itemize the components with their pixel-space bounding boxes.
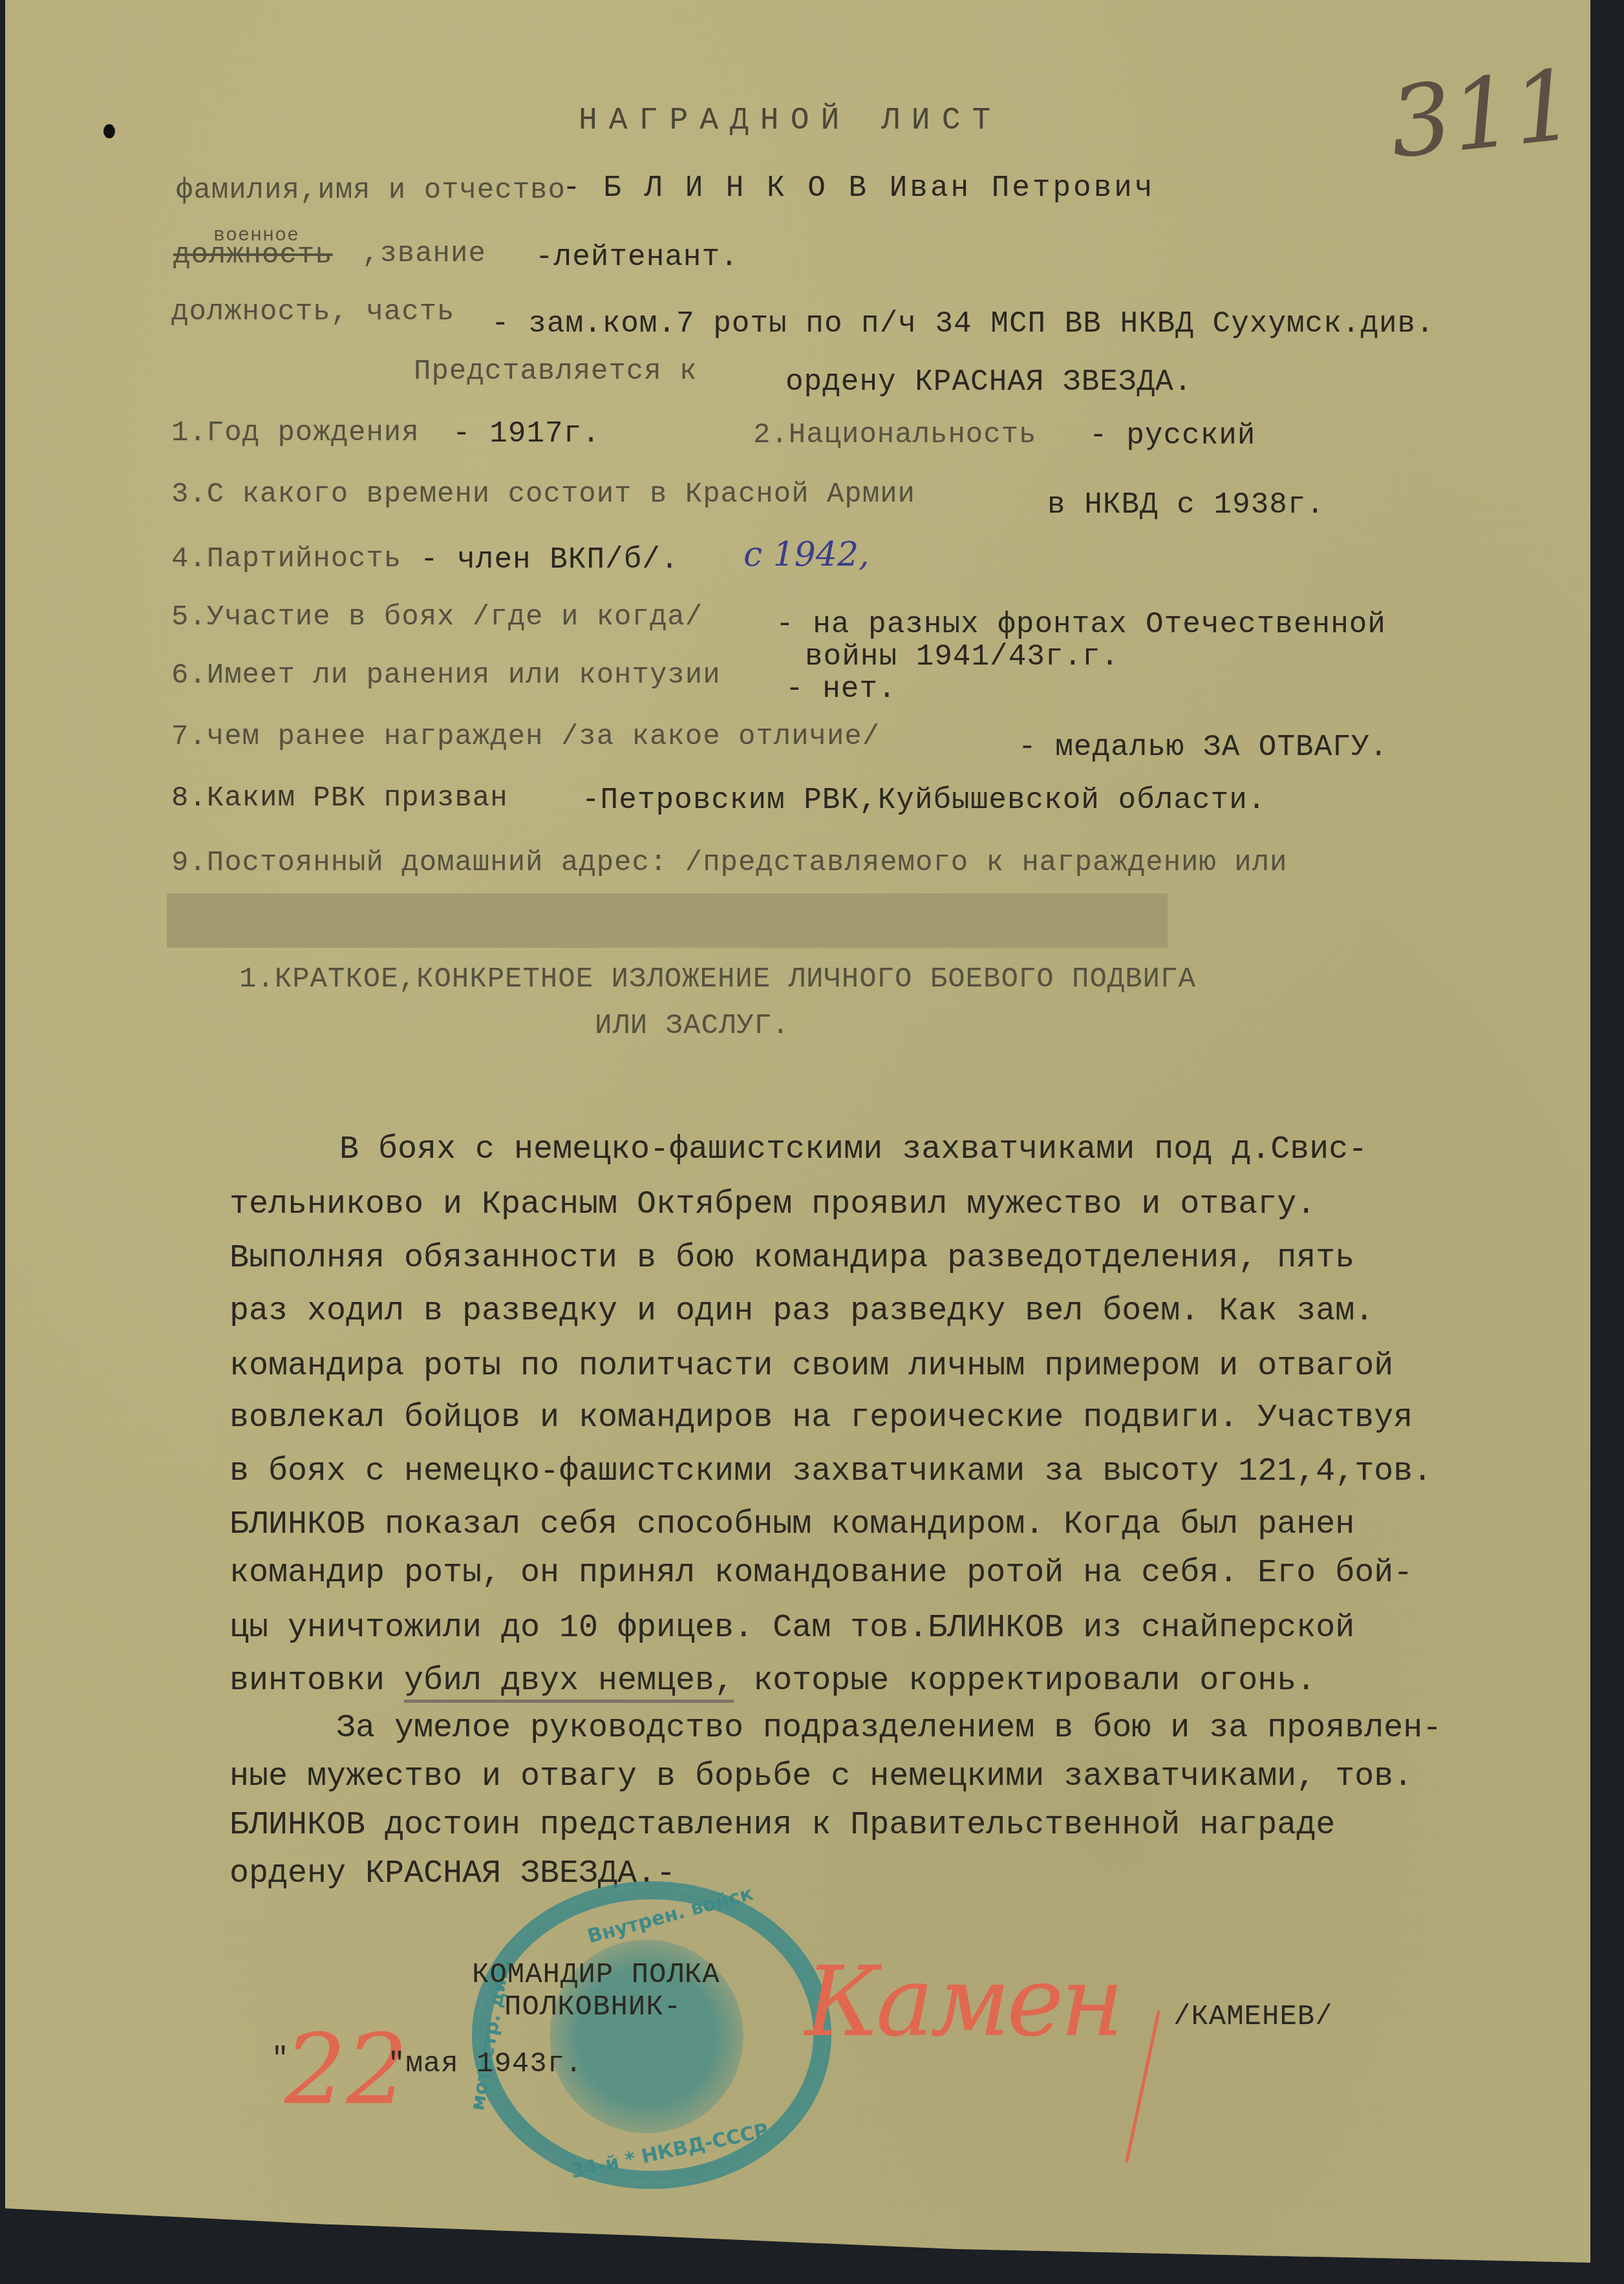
combat-label: 5.Участие в боях /где и когда/: [171, 601, 703, 634]
position-value: - зам.ком.7 роты по п/ч 34 МСП ВВ НКВД С…: [491, 307, 1435, 341]
narrative-text: винтовки: [230, 1663, 404, 1700]
wounds-value: - нет.: [785, 672, 897, 706]
rank-label: ,звание: [362, 238, 486, 270]
draft-office-value: -Петровским РВК,Куйбышевской области.: [582, 784, 1266, 817]
prior-awards-value: - медалью ЗА ОТВАГУ.: [1018, 731, 1388, 764]
narrative-line: тельниково и Красным Октябрем проявил му…: [230, 1186, 1316, 1223]
combat-value-line1: - на разных фронтах Отечественной: [776, 608, 1386, 641]
narrative-line: винтовки убил двух немцев, которые корре…: [230, 1663, 1316, 1700]
party-value: - член ВКП/б/.: [420, 543, 679, 577]
narrative-line: ные мужество и отвагу в борьбе с немецки…: [230, 1758, 1413, 1795]
narrative-line: командира роты по политчасти своим личны…: [230, 1348, 1393, 1385]
underlined-phrase: убил двух немцев,: [404, 1663, 734, 1703]
redacted-address: [167, 893, 1168, 948]
signatory-title-line1: КОМАНДИР ПОЛКА: [472, 1959, 720, 1991]
section-heading-line2: ИЛИ ЗАСЛУГ.: [595, 1010, 789, 1042]
name-value: - Б Л И Н К О В Иван Петрович: [562, 171, 1155, 205]
narrative-line: Выполняя обязанности в бою командира раз…: [230, 1240, 1354, 1277]
nationality-value: - русский: [1089, 419, 1255, 453]
birth-year-label: 1.Год рождения: [171, 417, 420, 449]
combat-value-line2: войны 1941/43г.г.: [805, 640, 1119, 674]
nominated-label: Представляется к: [414, 356, 697, 388]
party-handwritten-year: с 1942,: [743, 535, 870, 574]
archive-number: 311: [1385, 49, 1581, 180]
punch-hole-mark: [103, 124, 115, 138]
birth-year-value: - 1917г.: [453, 417, 601, 451]
narrative-text: которые корректировали огонь.: [734, 1663, 1316, 1700]
nationality-label: 2.Национальность: [753, 419, 1036, 451]
date-month-year: "мая 1943г.: [388, 2048, 582, 2080]
signatory-name: /КАМЕНЕВ/: [1173, 2001, 1333, 2033]
signatory-title-line2: ПОЛКОВНИК-: [504, 1991, 681, 2023]
page-title: НАГРАДНОЙ ЛИСТ: [579, 103, 1002, 138]
position-label: должность, часть: [171, 296, 454, 328]
prior-awards-label: 7.чем ранее награжден /за какое отличие/: [171, 721, 880, 753]
wounds-label: 6.Имеет ли ранения или контузии: [171, 659, 721, 692]
rank-label-struck: должность: [173, 239, 333, 272]
rank-value: -лейтенант.: [535, 240, 739, 274]
narrative-line: За умелое руководство подразделением в б…: [336, 1710, 1442, 1747]
narrative-line: раз ходил в разведку и один раз разведку…: [230, 1293, 1374, 1330]
address-label: 9.Постоянный домашний адрес: /представля…: [171, 847, 1287, 879]
party-label: 4.Партийность: [171, 543, 401, 575]
narrative-line: БЛИНКОВ показал себя способным командиро…: [230, 1506, 1354, 1543]
name-label: фамилия,имя и отчество: [176, 175, 566, 207]
service-since-value: в НКВД с 1938г.: [1047, 488, 1325, 522]
narrative-line: вовлекал бойцов и командиров на героичес…: [230, 1400, 1413, 1436]
draft-office-label: 8.Каким РВК призван: [171, 782, 508, 815]
narrative-line: В боях с немецко-фашистскими захватчикам…: [339, 1131, 1367, 1168]
nominated-value: ордену КРАСНАЯ ЗВЕЗДА.: [785, 365, 1192, 399]
section-heading-line1: 1.КРАТКОЕ,КОНКРЕТНОЕ ИЗЛОЖЕНИЕ ЛИЧНОГО Б…: [239, 963, 1196, 996]
service-since-label: 3.С какого времени состоит в Красной Арм…: [171, 478, 915, 511]
narrative-line: в боях с немецко-фашистскими захватчикам…: [230, 1453, 1432, 1490]
narrative-line: цы уничтожили до 10 фрицев. Сам тов.БЛИН…: [230, 1610, 1354, 1647]
narrative-line: командир роты, он принял командование ро…: [230, 1555, 1413, 1592]
handwritten-signature: Камен: [805, 1946, 1120, 2058]
narrative-line: БЛИНКОВ достоин представления к Правител…: [230, 1807, 1335, 1844]
